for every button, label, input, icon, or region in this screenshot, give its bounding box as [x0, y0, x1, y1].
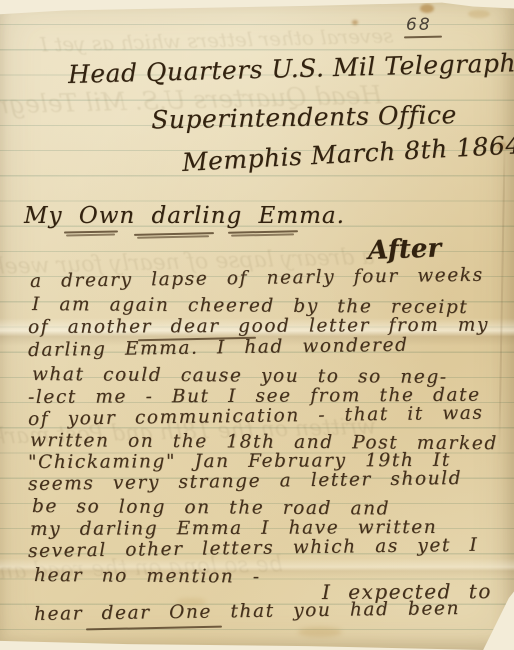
underline-emma — [228, 230, 298, 233]
letter-line: hear no mention - — [34, 565, 261, 588]
letter-page: Head Quarters U.S. Mil Telegraph a drear… — [0, 0, 514, 650]
underline-darling — [134, 232, 214, 236]
opening-word: After — [367, 233, 441, 266]
page-number: 68 — [406, 15, 432, 35]
salutation: My Own darling Emma. — [24, 203, 345, 229]
letter-line: be so long on the road and — [32, 496, 390, 519]
letter-line: of another dear good letter from my — [28, 315, 489, 338]
letter-scan: Head Quarters U.S. Mil Telegraph a drear… — [0, 0, 514, 650]
underline-own — [64, 230, 118, 233]
